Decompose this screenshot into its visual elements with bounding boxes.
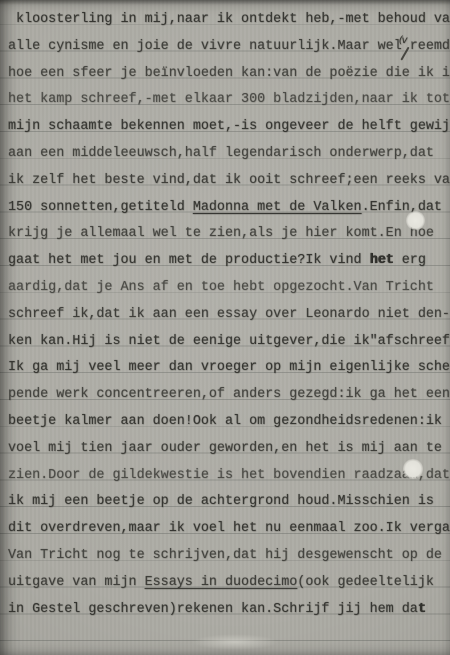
text-line: krijg je allemaal wel te zien,als je hie… (8, 221, 450, 248)
text-segment: Ik ga mij veel meer dan vroeger op mijn … (8, 360, 450, 375)
insertion-text: (v (399, 35, 407, 46)
text-line: voel mij tien jaar ouder geworden,en het… (8, 436, 450, 463)
underlined-title: Essays in duodecimo (145, 575, 298, 590)
text-line: alle cynisme en joie de vivre natuurlijk… (8, 34, 450, 61)
text-line: dit overdreven,maar ik voel het nu eenma… (8, 516, 450, 543)
text-line: gaat het met jou en met de productie?Ik … (8, 248, 450, 275)
underlined-title: Madonna met de Valken (193, 200, 362, 215)
text-segment: aan een middeleeuwsch,half legendarisch … (8, 146, 434, 161)
text-segment: hoe een sfeer je beïnvloeden kan:van de … (8, 66, 450, 81)
text-line: ik mij een beetje op de achtergrond houd… (8, 489, 450, 516)
text-line: aan een middeleeuwsch,half legendarisch … (8, 141, 450, 168)
overstruck-text: t (418, 602, 426, 617)
text-segment: ken kan.Hij is niet de eenige uitgever,d… (8, 334, 450, 349)
overstruck-text: het (370, 253, 394, 268)
text-segment: beetje kalmer aan doen!Ook al om gezondh… (8, 414, 442, 429)
text-segment: ik zelf het beste vind,dat ik ooit schre… (8, 173, 450, 188)
text-segment: kloosterling in mij,naar ik ontdekt heb,… (8, 12, 450, 27)
paper-hole (406, 211, 425, 230)
text-segment: schreef ik,dat ik aan een essay over Leo… (8, 307, 450, 322)
text-line: hoe een sfeer je beïnvloeden kan:van de … (8, 61, 450, 88)
text-line: pende werk concentreeren,of anders gezeg… (8, 382, 450, 409)
text-line: ken kan.Hij is niet de eenige uitgever,d… (8, 329, 450, 356)
text-segment: pende werk concentreeren,of anders gezeg… (8, 387, 450, 402)
text-segment: gaat het met jou en met de productie?Ik … (8, 253, 370, 268)
text-line: ik zelf het beste vind,dat ik ooit schre… (8, 168, 450, 195)
letter-page: kloosterling in mij,naar ik ontdekt heb,… (0, 0, 450, 655)
text-segment: uitgave van mijn (8, 575, 145, 590)
text-line: beetje kalmer aan doen!Ook al om gezondh… (8, 409, 450, 436)
paper-blotch (192, 634, 278, 650)
text-segment: reemd (410, 39, 450, 54)
text-segment: mijn schaamte bekennen moet,-is ongeveer… (8, 119, 450, 134)
text-line: zien.Door de gildekwestie is het bovendi… (8, 463, 450, 490)
text-segment: .Enfin,dat (362, 200, 442, 215)
text-line: Van Tricht nog te schrijven,dat hij desg… (8, 543, 450, 570)
text-line: uitgave van mijn Essays in duodecimo(ook… (8, 570, 450, 597)
text-segment: in Gestel geschreven)rekenen kan.Schrijf… (8, 602, 418, 617)
text-line: schreef ik,dat ik aan een essay over Leo… (8, 302, 450, 329)
text-segment: (ook gedeeltelijk (297, 575, 434, 590)
text-line: Ik ga mij veel meer dan vroeger op mijn … (8, 355, 450, 382)
text-line: het kamp schreef,-met elkaar 300 bladzij… (8, 87, 450, 114)
paper-hole (403, 459, 423, 479)
text-segment: voel mij tien jaar ouder geworden,en het… (8, 441, 442, 456)
text-segment: aardig,dat je Ans af en toe hebt opgezoc… (8, 280, 434, 295)
text-segment: dit overdreven,maar ik voel het nu eenma… (8, 521, 450, 536)
text-segment: het kamp schreef,-met elkaar 300 bladzij… (8, 92, 450, 107)
text-segment: zien.Door de gildekwestie is het bovendi… (8, 468, 450, 483)
text-segment: alle cynisme en joie de vivre natuurlijk… (8, 39, 402, 54)
text-segment: krijg je allemaal wel te zien,als je hie… (8, 226, 434, 241)
text-line: 150 sonnetten,getiteld Madonna met de Va… (8, 195, 450, 222)
text-segment: erg (394, 253, 426, 268)
text-segment: Van Tricht nog te schrijven,dat hij desg… (8, 548, 442, 563)
letter-text: kloosterling in mij,naar ik ontdekt heb,… (0, 0, 450, 623)
text-line: in Gestel geschreven)rekenen kan.Schrijf… (8, 597, 450, 624)
text-segment: ik mij een beetje op de achtergrond houd… (8, 494, 434, 509)
text-segment: 150 sonnetten,getiteld (8, 200, 193, 215)
text-line: kloosterling in mij,naar ik ontdekt heb,… (8, 7, 450, 34)
text-line: mijn schaamte bekennen moet,-is ongeveer… (8, 114, 450, 141)
text-line: aardig,dat je Ans af en toe hebt opgezoc… (8, 275, 450, 302)
